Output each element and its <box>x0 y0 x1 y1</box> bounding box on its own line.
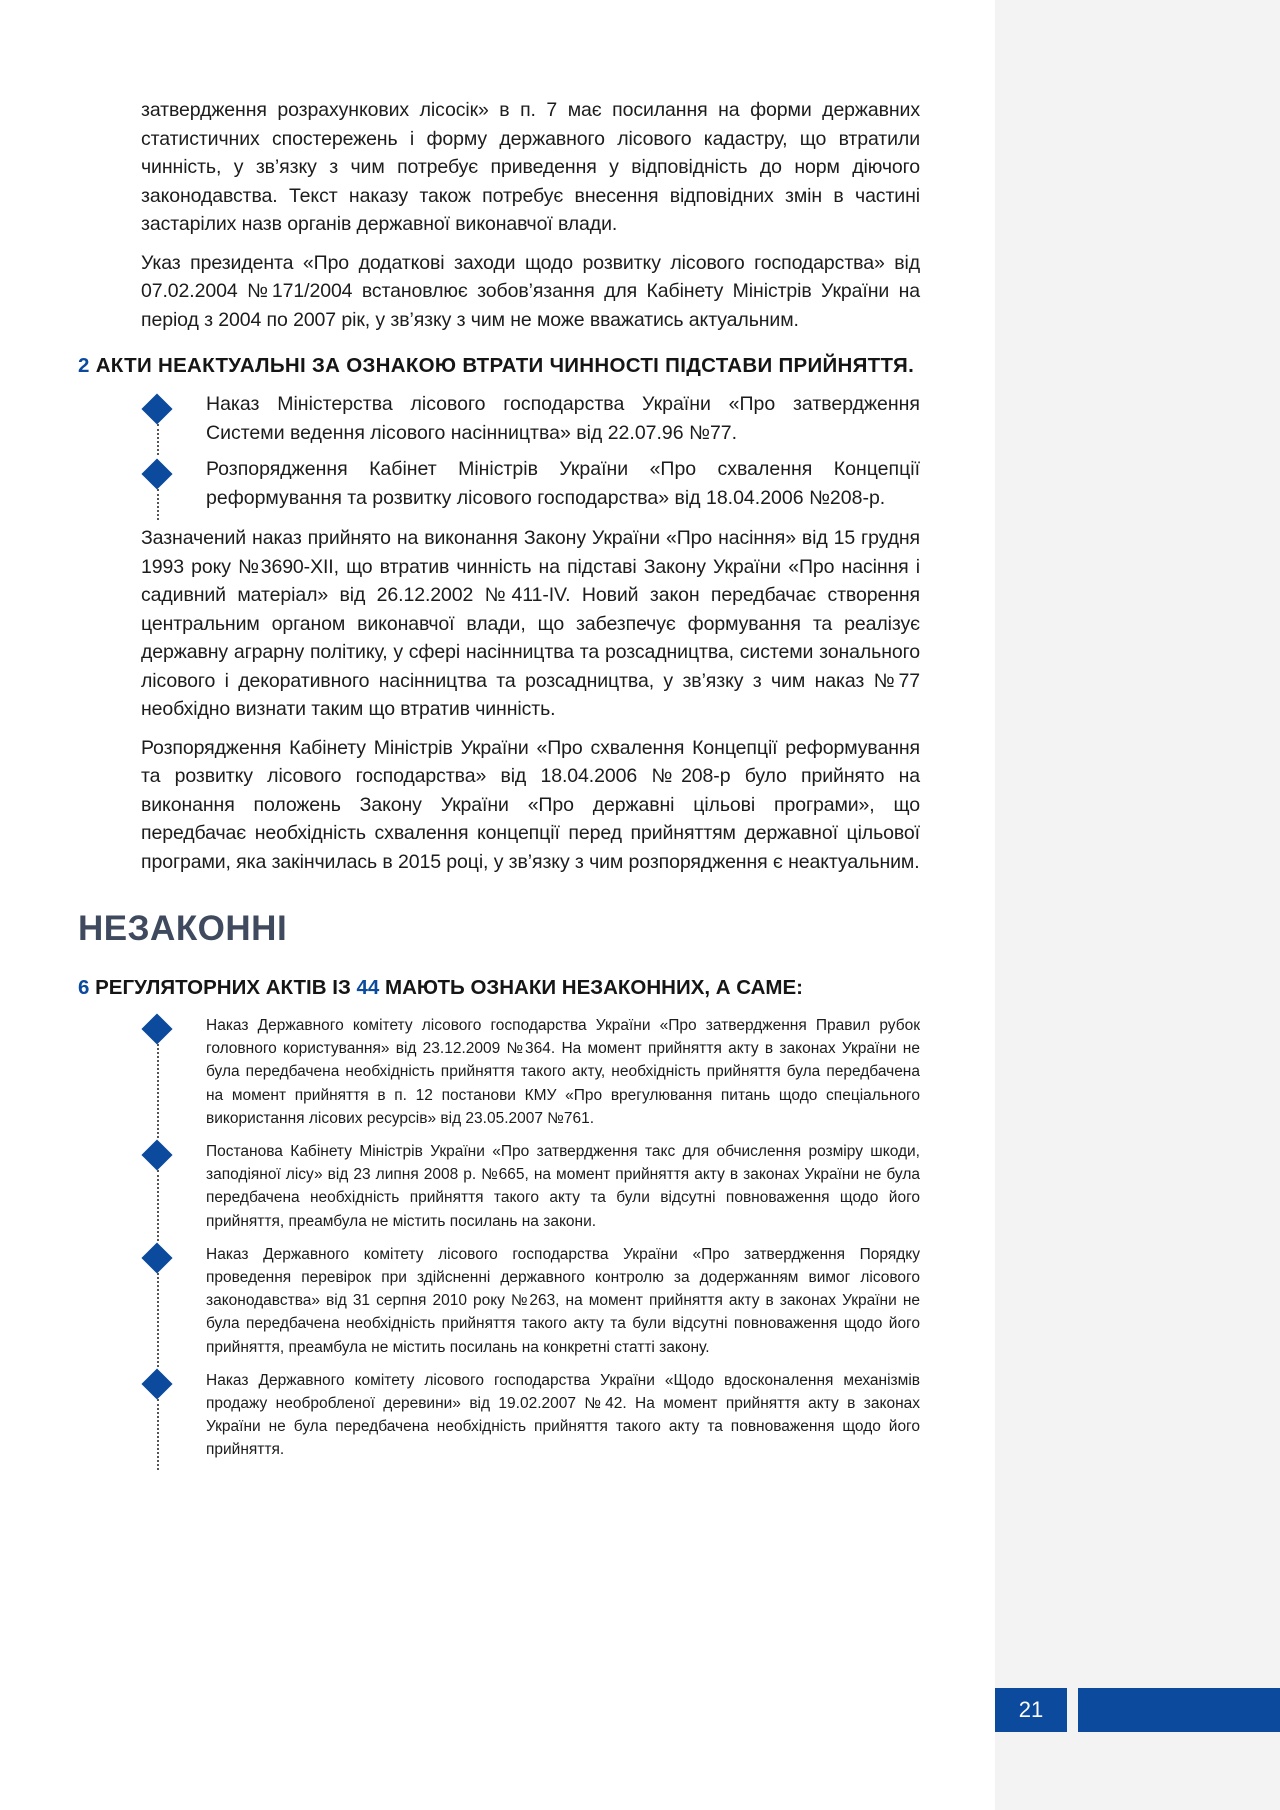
illegal-acts-list: Наказ Державного комітету лісового госпо… <box>78 1014 920 1462</box>
list-item-text: Постанова Кабінету Міністрів України «Пр… <box>206 1140 920 1233</box>
page-content: затвердження розрахункових лісосік» в п.… <box>78 96 920 1474</box>
diamond-bullet-icon <box>141 1139 172 1170</box>
page-number: 21 <box>995 1688 1067 1732</box>
diamond-bullet-icon <box>141 1242 172 1273</box>
list-item: Наказ Міністерства лісового господарства… <box>78 390 920 447</box>
diamond-bullet-icon <box>141 1013 172 1044</box>
outdated-acts-list: Наказ Міністерства лісового господарства… <box>78 390 920 512</box>
illegal-count: 6 <box>78 976 89 999</box>
dotted-connector <box>157 424 159 455</box>
section-title: НЕЗАКОННІ <box>78 904 920 954</box>
page-sidebar <box>995 0 1280 1810</box>
subheading-number: 2 <box>78 354 90 377</box>
dotted-connector <box>157 1399 159 1470</box>
total-count: 44 <box>356 976 379 999</box>
heading-text: РЕГУЛЯТОРНИХ АКТІВ ІЗ <box>89 976 356 999</box>
illegal-acts-heading: 6 РЕГУЛЯТОРНИХ АКТІВ ІЗ 44 МАЮТЬ ОЗНАКИ … <box>78 976 920 1000</box>
paragraph: Указ президента «Про додаткові заходи що… <box>141 249 920 335</box>
dotted-connector <box>157 1273 159 1367</box>
paragraph: Зазначений наказ прийнято на виконання З… <box>141 524 920 724</box>
list-item: Постанова Кабінету Міністрів України «Пр… <box>78 1140 920 1233</box>
diamond-bullet-icon <box>141 393 172 424</box>
list-item: Наказ Державного комітету лісового госпо… <box>78 1014 920 1130</box>
heading-text: МАЮТЬ ОЗНАКИ НЕЗАКОННИХ, А САМЕ: <box>379 976 803 999</box>
list-item: Розпорядження Кабінет Міністрів України … <box>78 455 920 512</box>
list-item-text: Наказ Державного комітету лісового госпо… <box>206 1243 920 1359</box>
dotted-connector <box>157 1170 159 1241</box>
list-item: Наказ Державного комітету лісового госпо… <box>78 1243 920 1359</box>
paragraph: затвердження розрахункових лісосік» в п.… <box>141 96 920 239</box>
list-item: Наказ Державного комітету лісового госпо… <box>78 1369 920 1462</box>
list-item-text: Наказ Державного комітету лісового госпо… <box>206 1014 920 1130</box>
subheading-outdated-acts: 2 АКТИ НЕАКТУАЛЬНІ ЗА ОЗНАКОЮ ВТРАТИ ЧИН… <box>78 352 920 380</box>
diamond-bullet-icon <box>141 458 172 489</box>
dotted-connector <box>157 489 159 520</box>
list-item-text: Наказ Міністерства лісового господарства… <box>206 390 920 447</box>
page-footer-bar <box>1078 1688 1280 1732</box>
list-item-text: Розпорядження Кабінет Міністрів України … <box>206 455 920 512</box>
diamond-bullet-icon <box>141 1368 172 1399</box>
subheading-text: АКТИ НЕАКТУАЛЬНІ ЗА ОЗНАКОЮ ВТРАТИ ЧИННО… <box>90 354 914 377</box>
list-item-text: Наказ Державного комітету лісового госпо… <box>206 1369 920 1462</box>
paragraph: Розпорядження Кабінету Міністрів України… <box>141 734 920 877</box>
dotted-connector <box>157 1044 159 1138</box>
